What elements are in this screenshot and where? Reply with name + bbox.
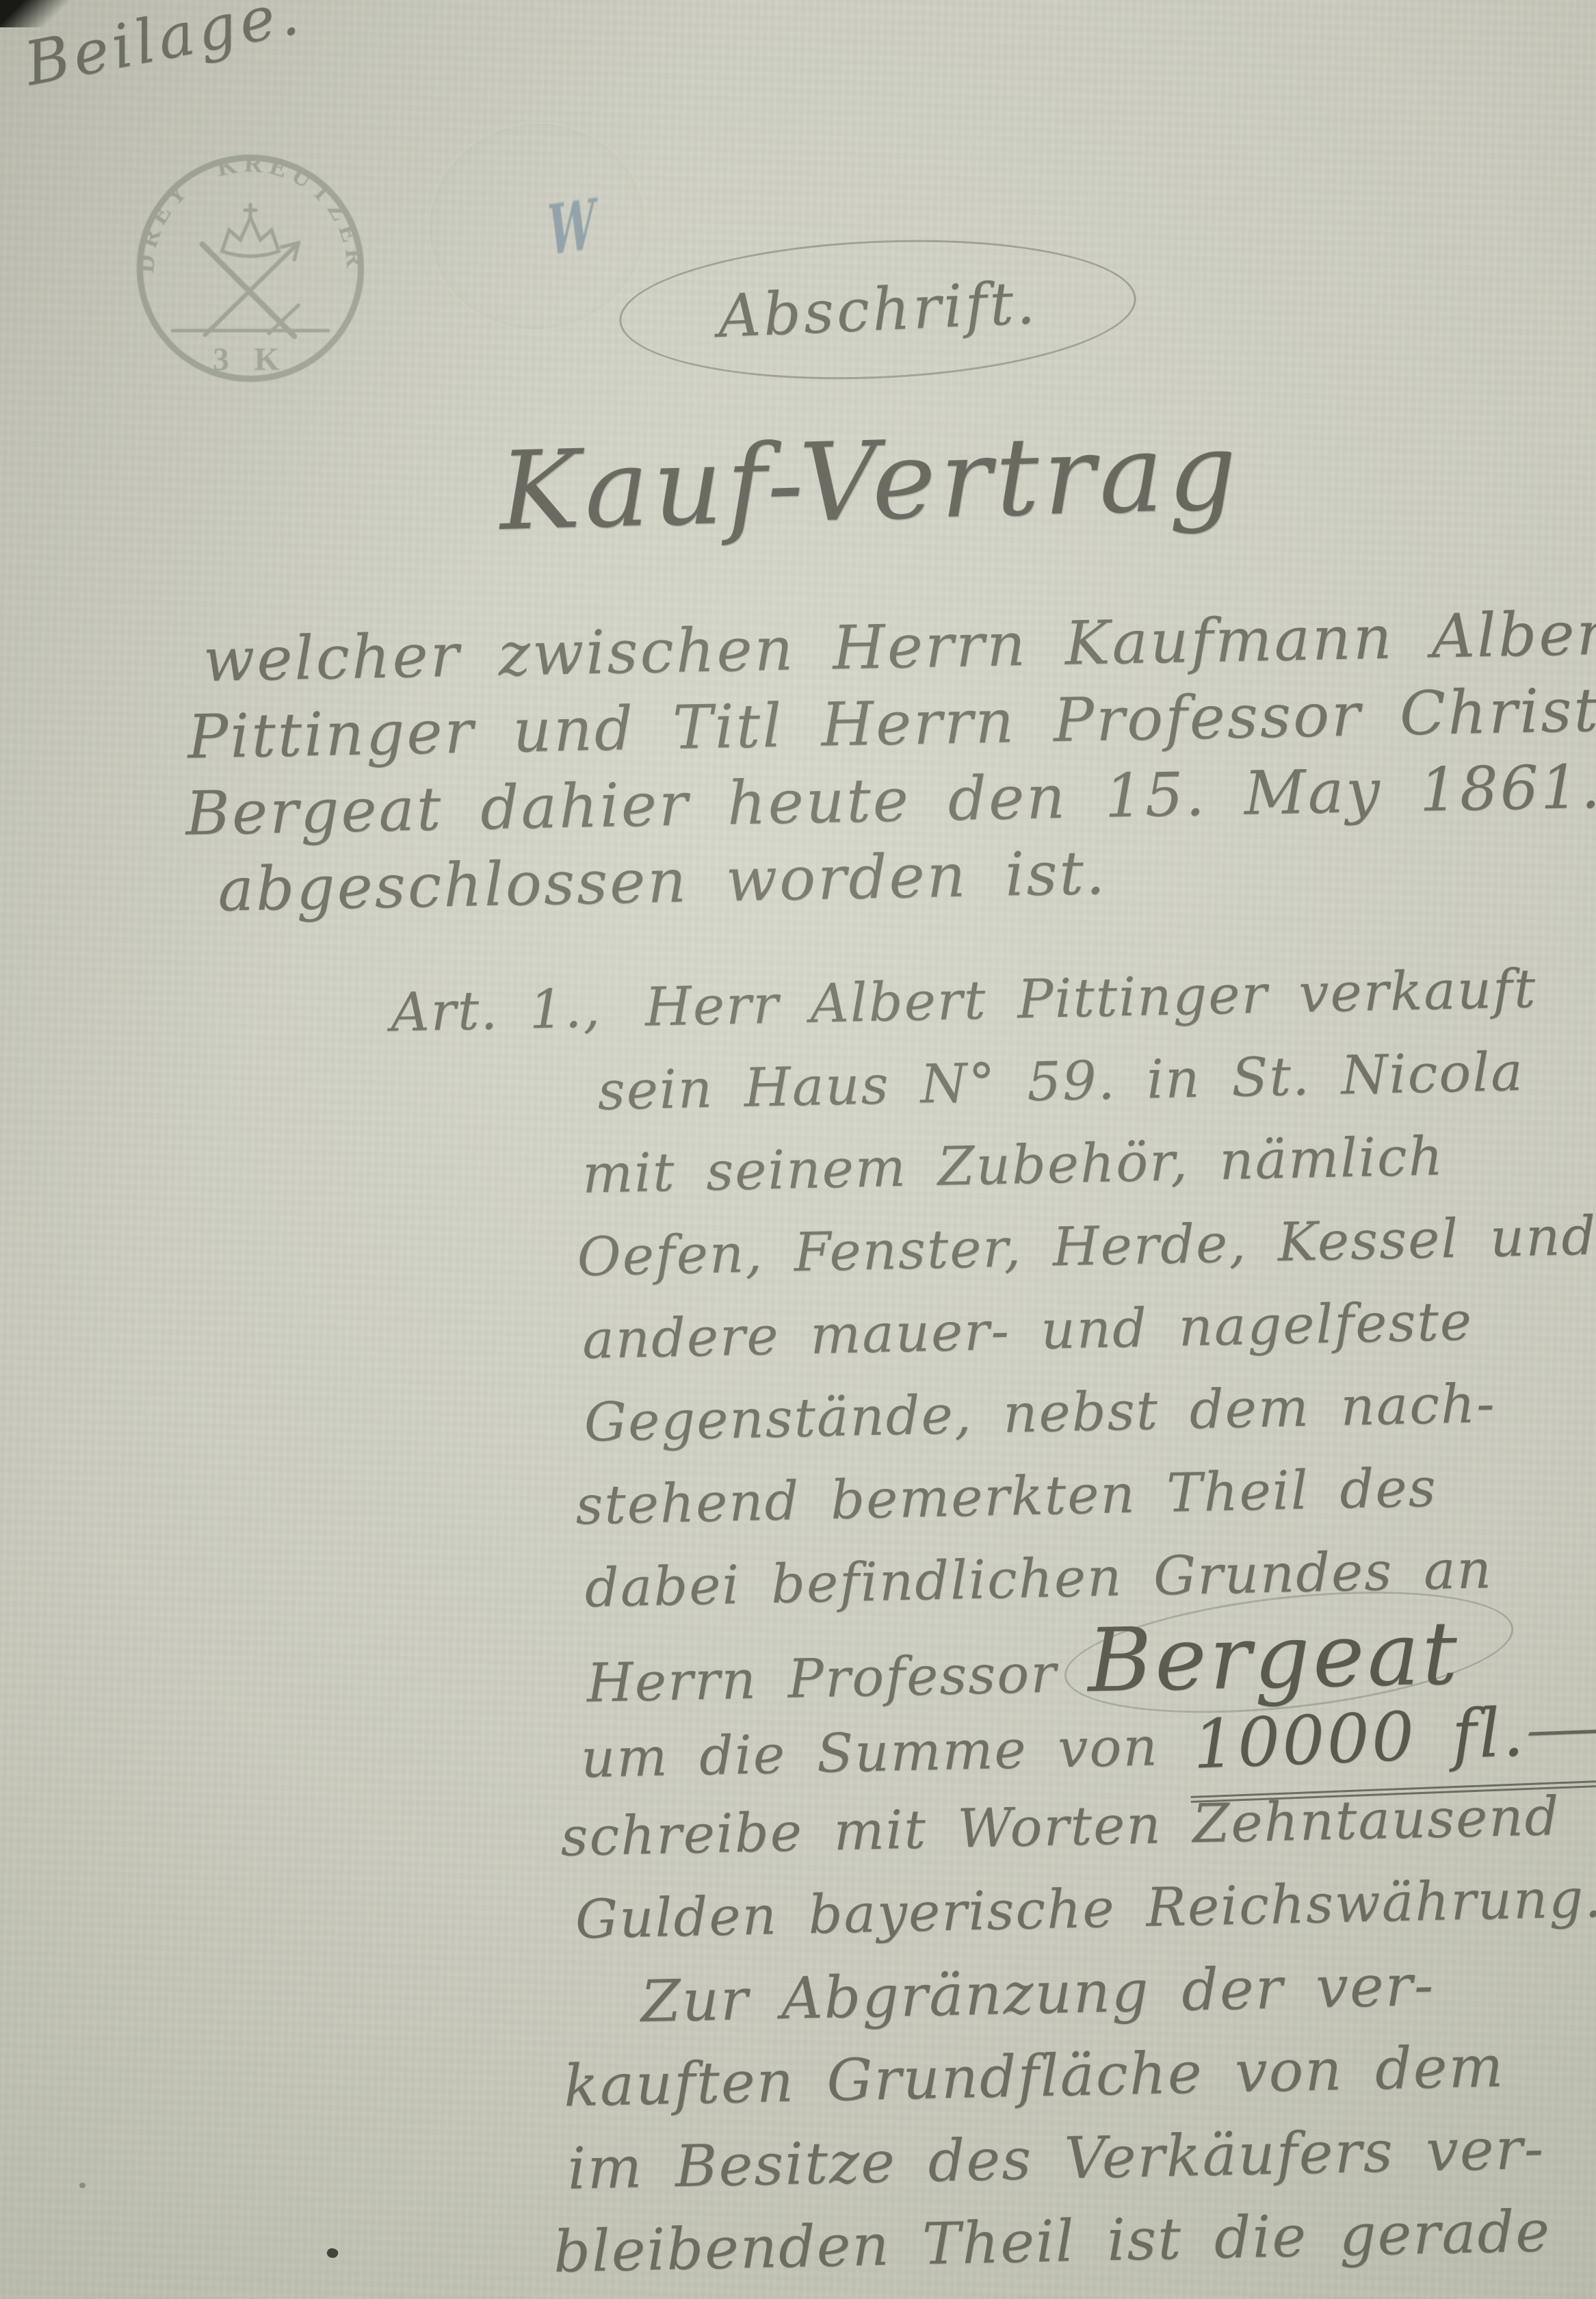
revenue-stamp: DREY KREUTZER 3 K: [130, 146, 371, 387]
document-page: Beilage. W DREY KREUTZER 3 K: [0, 0, 1596, 2299]
sum-prefix: um die Summe von: [580, 1716, 1159, 1790]
article-1: Art. 1.,Herr Albert Pittinger verkauft s…: [369, 946, 1596, 2297]
copy-label-oval: Abschrift.: [616, 230, 1139, 390]
article-opening-text: Herr Albert Pittinger verkauft: [644, 959, 1537, 1039]
copy-label: Abschrift.: [716, 268, 1038, 350]
ink-speck: [326, 2247, 339, 2260]
purchase-sum-underline: 10000 fl.—: [1188, 1687, 1596, 1802]
article-number: Art. 1.,: [390, 978, 602, 1043]
buyer-name-prefix: Herrn Professor: [586, 1643, 1058, 1714]
sum-dash: —: [1521, 1685, 1596, 1772]
crown-icon: [222, 205, 279, 257]
watermark-letter: W: [546, 183, 598, 270]
stamp-value: 3 K: [213, 342, 288, 378]
purchase-sum: 10000 fl.: [1192, 1693, 1528, 1784]
intro-paragraph: welcher zwischen Herrn Kaufmann Albert P…: [182, 593, 1596, 928]
ink-speck: [79, 2183, 86, 2188]
document-title: Kauf-Vertrag: [498, 408, 1242, 555]
